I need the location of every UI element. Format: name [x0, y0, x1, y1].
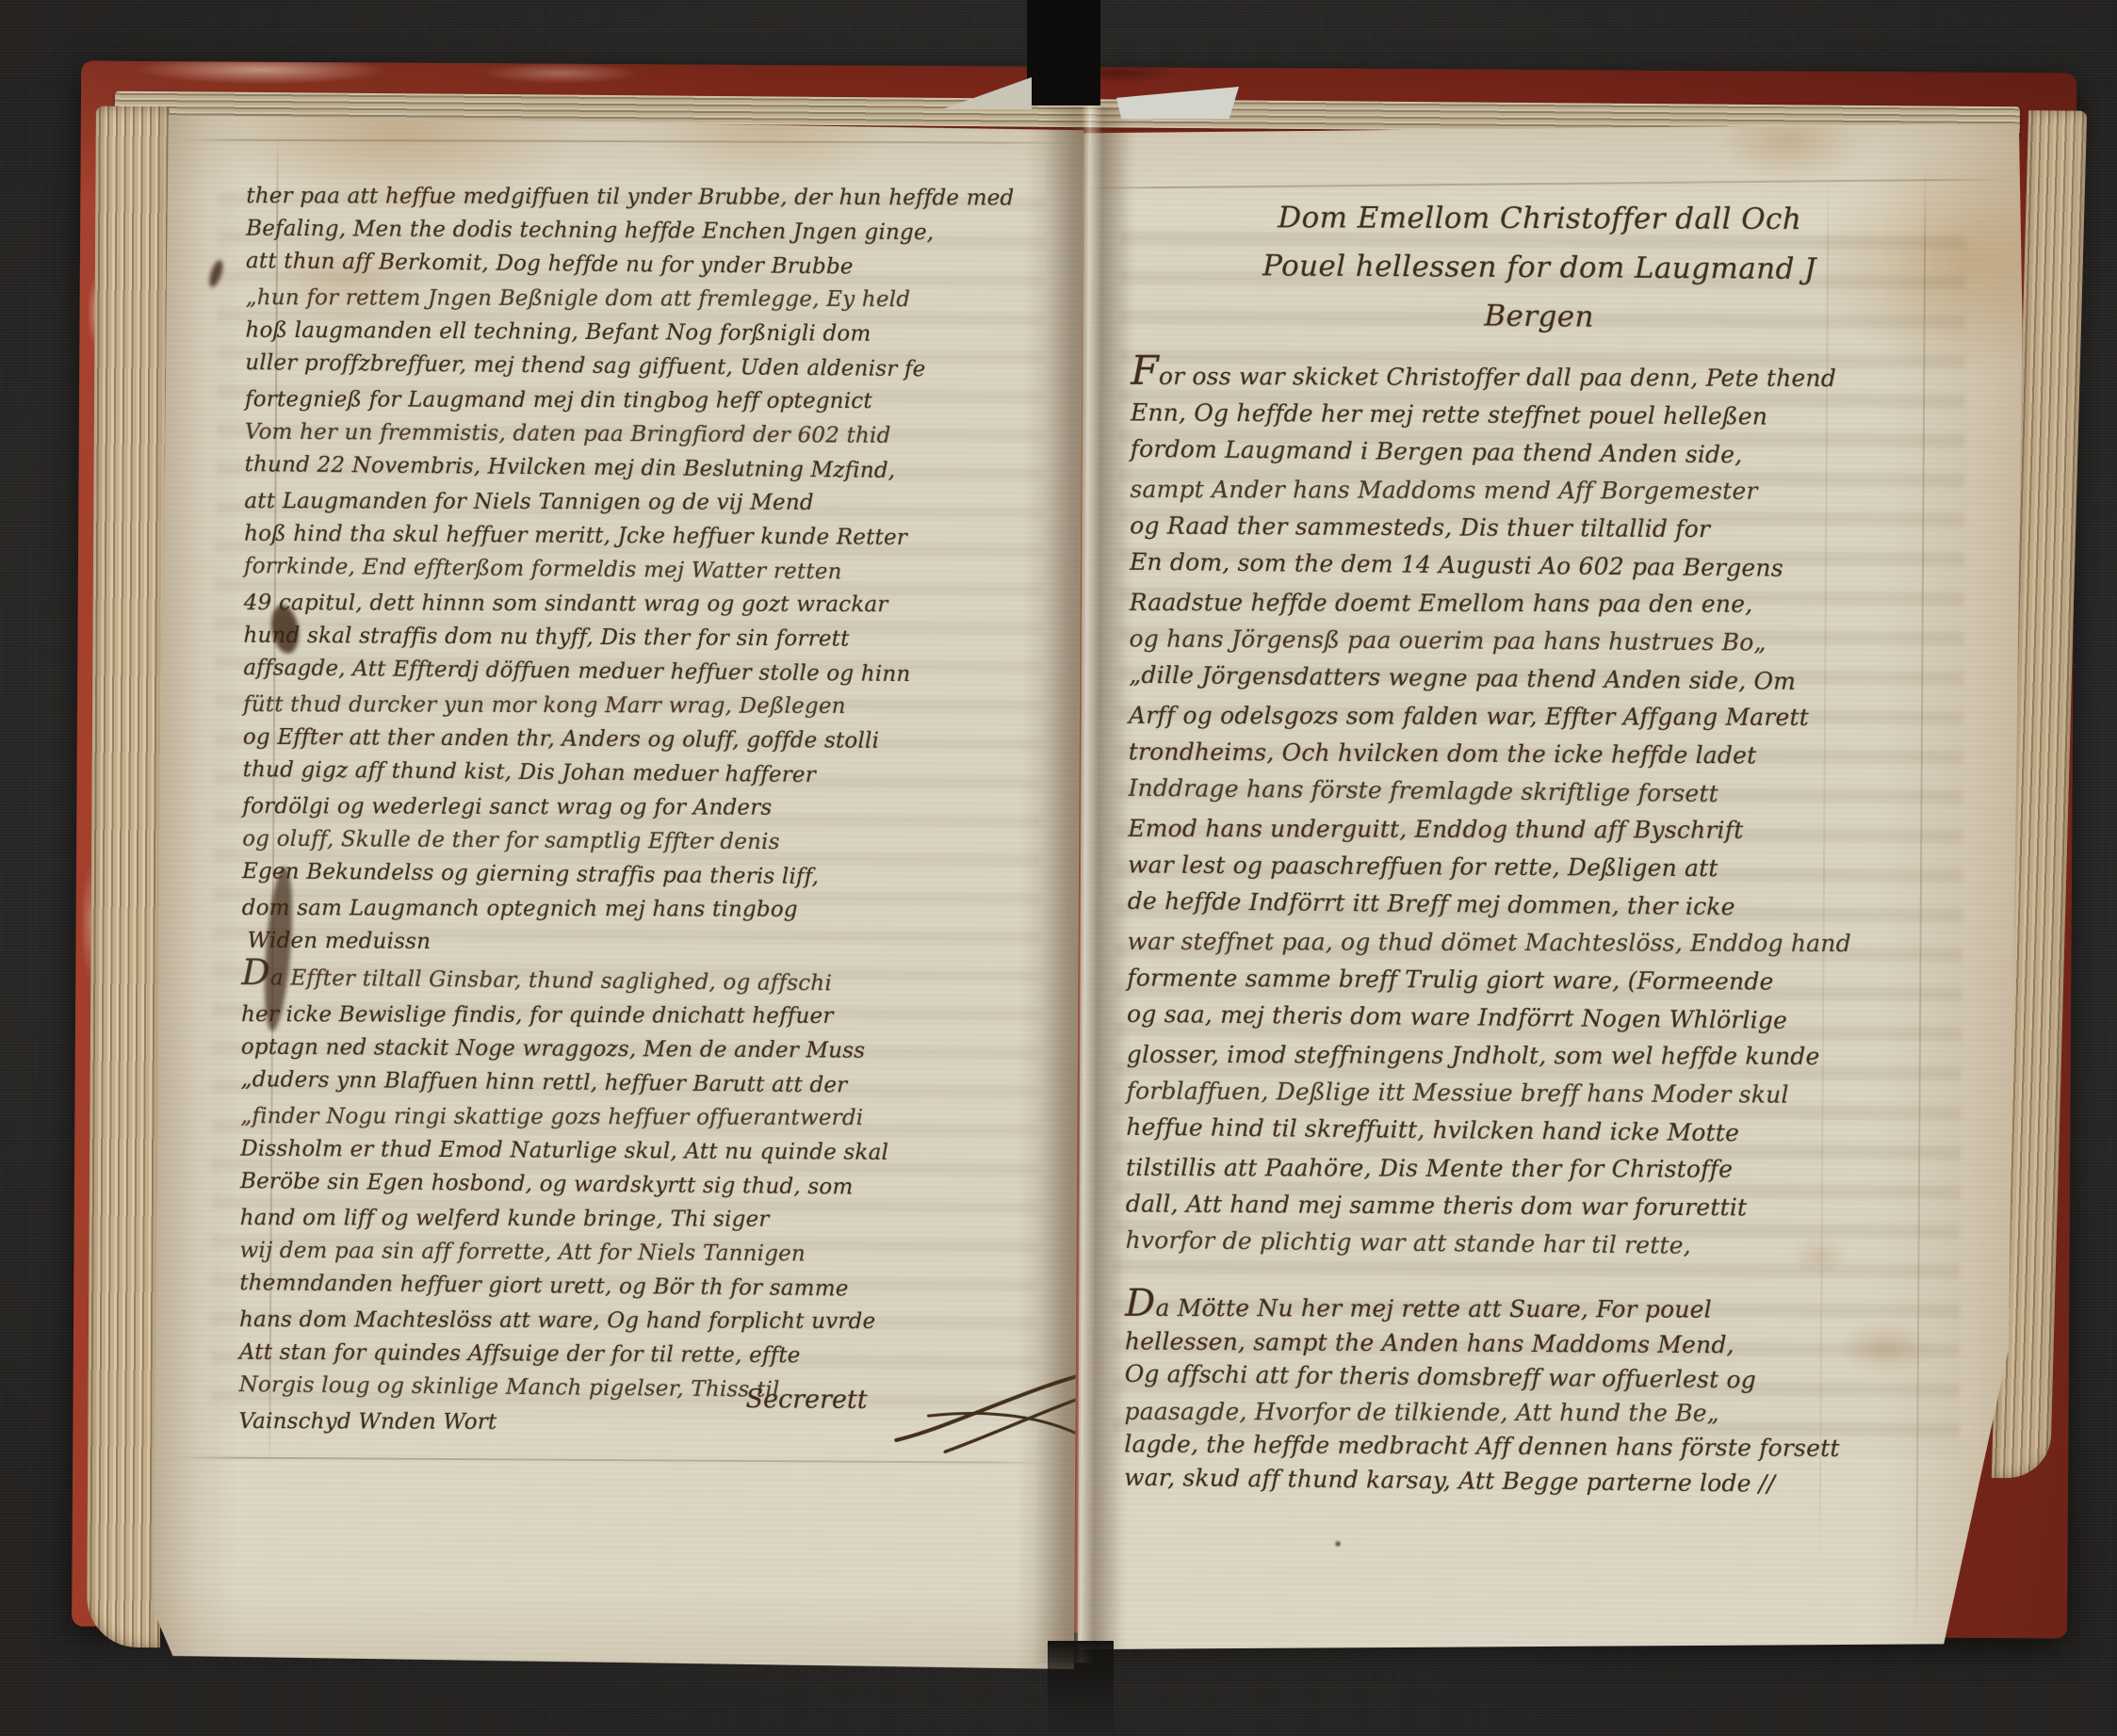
right-page-text: For oss war skicket Christoffer dall paa…: [1125, 353, 1950, 1265]
manuscript-line: uller proffzbreffuer, mej thend sag giff…: [245, 346, 1055, 388]
manuscript-line: heffue hind til skreffuitt, hvilcken han…: [1126, 1109, 1946, 1155]
manuscript-line: „duders ynn Blaffuen hinn rettl, heffuer…: [240, 1063, 1050, 1105]
manuscript-line: her icke Bewislige findis, for quinde dn…: [241, 998, 1051, 1034]
ruled-line: [171, 138, 1074, 143]
manuscript-line: „hun for rettem Jngen Beßnigle dom att f…: [246, 281, 1056, 317]
manuscript-line: Arff og odelsgozs som falden war, Effter…: [1129, 697, 1948, 738]
manuscript-line: Enn, Og heffde her mej rette steffnet po…: [1131, 394, 1950, 436]
right-page: Dom Emellom Christoffer dall OchPouel he…: [1074, 118, 2024, 1655]
heading-line: Pouel hellessen for dom Laugmand J: [1139, 240, 1940, 294]
manuscript-line: affsagde, Att Effterdj döffuen meduer he…: [243, 651, 1053, 693]
binding-gap-bottom: [1048, 1641, 1114, 1736]
manuscript-line: war, skud aff thund karsay, Att Begge pa…: [1124, 1460, 1944, 1502]
manuscript-line: „dille Jörgensdatters wegne paa thend An…: [1129, 657, 1948, 703]
manuscript-line: thud gigz aff thund kist, Dis Johan medu…: [242, 753, 1052, 795]
manuscript-line: og Raad ther sammesteds, Dis thuer tilta…: [1130, 507, 1949, 549]
heading-line: Dom Emellom Christoffer dall Och: [1139, 193, 1940, 245]
manuscript-line: En dom, som the dem 14 Augusti Ao 602 pa…: [1130, 544, 1949, 590]
manuscript-line: glosser, imod steffningens Jndholt, som …: [1127, 1036, 1946, 1077]
manuscript-line: Beröbe sin Egen hosbond, og wardskyrtt s…: [240, 1164, 1050, 1207]
left-page-text: ther paa att heffue medgiffuen til ynder…: [238, 178, 1056, 1442]
manuscript-line: fortegnieß for Laugmand mej din tingbog …: [245, 382, 1055, 419]
manuscript-line: forblaffuen, Deßlige itt Messiue breff h…: [1126, 1072, 1946, 1114]
manuscript-line: For oss war skicket Christoffer dall paa…: [1131, 355, 1950, 398]
manuscript-line: hand om liff og welferd kunde bringe, Th…: [240, 1201, 1050, 1238]
manuscript-line: sampt Ander hans Maddoms mend Aff Borgem…: [1130, 471, 1949, 511]
manuscript-line: dall, Att hand mej samme theris dom war …: [1126, 1185, 1946, 1227]
manuscript-line: Raadstue heffde doemt Emellom hans paa d…: [1130, 584, 1949, 625]
manuscript-line: lagde, the heffde medbracht Aff dennen h…: [1124, 1427, 1944, 1467]
manuscript-line: og hans Jörgensß paa ouerim paa hans hus…: [1129, 620, 1948, 662]
manuscript-line: hvorfor de plichtig war att stande har t…: [1125, 1222, 1945, 1268]
manuscript-line: Da Mötte Nu her mej rette att Suare, For…: [1125, 1288, 1945, 1328]
manuscript-line: fordom Laugmand i Bergen paa thend Anden…: [1131, 430, 1950, 477]
manuscript-line: formente samme breff Trulig giort ware, …: [1127, 959, 1946, 1001]
manuscript-line: war lest og paaschreffuen for rette, Deß…: [1128, 846, 1947, 888]
manuscript-line: og saa, mej theris dom ware Indförrt Nog…: [1127, 996, 1946, 1042]
manuscript-line: tilstillis att Paahöre, Dis Mente ther f…: [1126, 1149, 1946, 1190]
manuscript-line: Da Effter tiltall Ginsbar, thund sagligh…: [241, 956, 1051, 1003]
manuscript-line: ther paa att heffue medgiffuen til ynder…: [246, 179, 1056, 216]
case-heading: Dom Emellom Christoffer dall OchPouel he…: [1138, 191, 1940, 343]
manuscript-line: att thun aff Berkomit, Dog heffde nu for…: [246, 244, 1056, 286]
ruled-line: [1083, 178, 2010, 188]
signature: Secrerett: [745, 1385, 867, 1415]
manuscript-line: de heffde Indförrt itt Breff mej dommen,…: [1128, 883, 1947, 929]
manuscript-line: Egen Bekundelss og gierning straffis paa…: [242, 854, 1052, 897]
manuscript-line: hans dom Machteslöss att ware, Og hand f…: [239, 1303, 1050, 1339]
binding-gap-top: [1027, 0, 1100, 105]
manuscript-line: themndanden heffuer giort urett, og Bör …: [239, 1266, 1050, 1308]
manuscript-line: att Laugmanden for Niels Tannigen og de …: [244, 484, 1054, 521]
manuscript-line: forrkinde, End effterßom formeldis mej W…: [244, 549, 1054, 592]
manuscript-line: trondheims, Och hvilcken dom the icke he…: [1129, 733, 1948, 775]
manuscript-book: ther paa att heffue medgiffuen til ynder…: [47, 17, 2083, 1725]
manuscript-line: war steffnet paa, og thud dömet Machtesl…: [1127, 923, 1946, 964]
manuscript-line: thund 22 Novembris, Hvilcken mej din Bes…: [244, 447, 1054, 490]
manuscript-line: „finder Nogu ringi skattige gozs heffuer…: [240, 1099, 1050, 1136]
manuscript-line: Og affschi att for theris domsbreff war …: [1125, 1357, 1945, 1400]
left-page: ther paa att heffue medgiffuen til ynder…: [153, 107, 1083, 1669]
manuscript-line: 49 capitul, dett hinnn som sindantt wrag…: [244, 586, 1054, 623]
manuscript-line: Inddrage hans förste fremlagde skriftlig…: [1128, 770, 1947, 816]
manuscript-line: paasagde, Hvorfor de tilkiende, Att hund…: [1124, 1394, 1944, 1431]
manuscript-line: fordölgi og wederlegi sanct wrag og for …: [242, 789, 1052, 826]
heading-line: Bergen: [1138, 288, 1939, 345]
manuscript-line: Emod hans underguitt, Enddog thund aff B…: [1128, 810, 1947, 851]
right-page-closing-text: Da Mötte Nu her mej rette att Suare, For…: [1124, 1286, 1945, 1501]
manuscript-line: dom sam Laugmanch optegnich mej hans tin…: [242, 891, 1052, 928]
manuscript-line: fütt thud durcker yun mor kong Marr wrag…: [243, 688, 1053, 724]
